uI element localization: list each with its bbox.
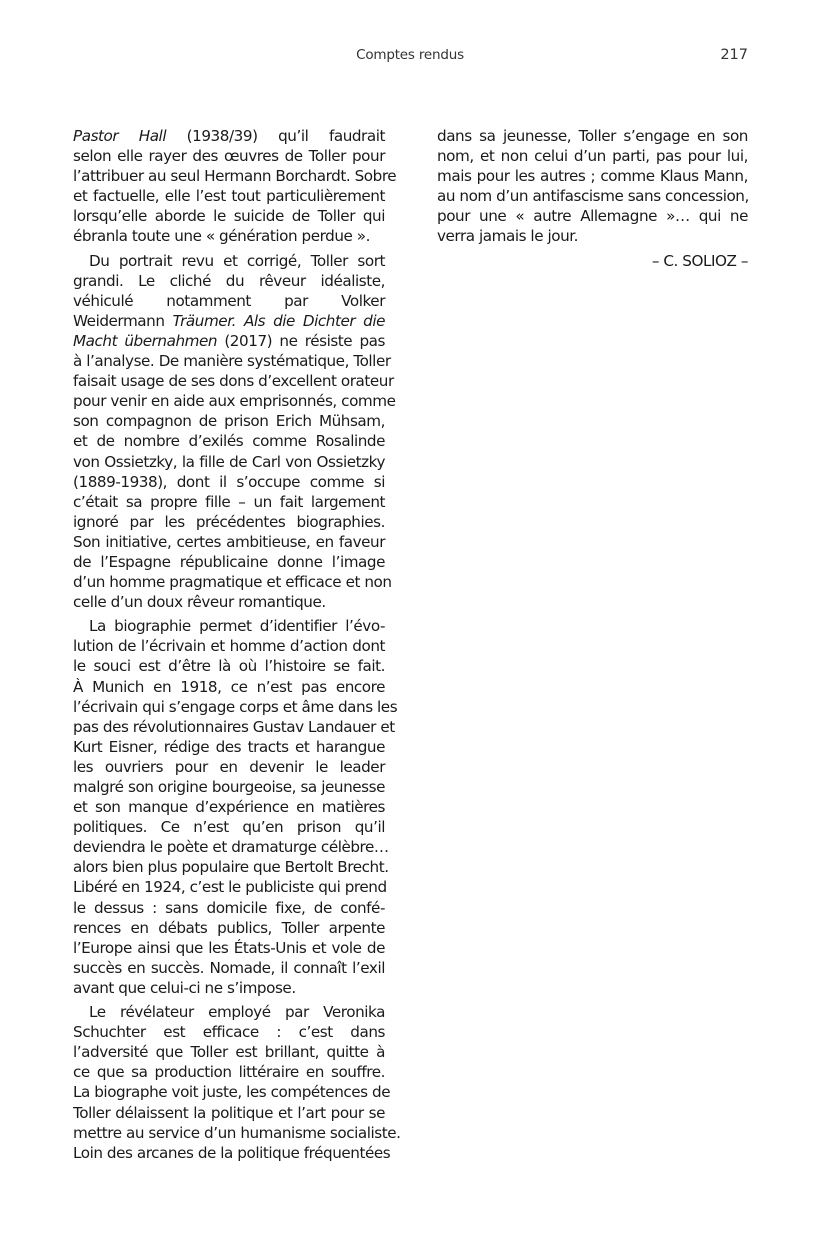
text-line: faisait usage de ses dons d’excellent or… (73, 371, 385, 391)
text-line: celle d’un doux rêveur romantique. (73, 592, 385, 612)
text-line: verra jamais le jour. (437, 226, 748, 246)
text-line: pour venir en aide aux emprisonnés, comm… (73, 391, 385, 411)
paragraph: Du portrait revu et corrigé, Toller sort… (73, 251, 385, 613)
text-line: malgré son origine bourgeoise, sa jeunes… (73, 777, 385, 797)
text-line: Son initiative, certes ambitieuse, en fa… (73, 532, 385, 552)
paragraph: dans sa jeunesse, Toller s’engage en son… (437, 126, 748, 247)
text-line: selon elle rayer des œuvres de Toller po… (73, 146, 385, 166)
italic-title: Träumer. Als die Dichter die (172, 312, 385, 330)
right-column: dans sa jeunesse, Toller s’engage en son… (437, 126, 748, 271)
text-line: La biographie permet d’identifier l’évo- (73, 616, 385, 636)
text-line: alors bien plus populaire que Bertolt Br… (73, 857, 385, 877)
text-line: Weidermann Träumer. Als die Dichter die (73, 311, 385, 331)
text-line: ce que sa production littéraire en souff… (73, 1062, 385, 1082)
paragraph: La biographie permet d’identifier l’évo-… (73, 616, 385, 998)
text-span: (2017) ne résiste pas (217, 332, 385, 350)
author-signature: – C. SOLIOZ – (437, 251, 748, 271)
text-line: de l’Espagne républicaine donne l’image (73, 552, 385, 572)
page-number: 217 (720, 47, 748, 63)
text-line: au nom d’un antifascisme sans concession… (437, 186, 748, 206)
text-line: (1889-1938), dont il s’occupe comme si (73, 472, 385, 492)
text-line: deviendra le poète et dramaturge célèbre… (73, 837, 385, 857)
text-line: le dessus : sans domicile fixe, de confé… (73, 898, 385, 918)
text-line: Macht übernahmen (2017) ne résiste pas (73, 331, 385, 351)
text-line: grandi. Le cliché du rêveur idéaliste, (73, 271, 385, 291)
text-line: avant que celui-ci ne s’impose. (73, 978, 385, 998)
text-line: rences en débats publics, Toller arpente (73, 918, 385, 938)
text-line: l’écrivain qui s’engage corps et âme dan… (73, 697, 385, 717)
text-line: Toller délaissent la politique et l’art … (73, 1103, 385, 1123)
italic-title: Macht übernahmen (73, 332, 217, 350)
paragraph: Le révélateur employé par Veronika Schuc… (73, 1002, 385, 1163)
text-line: d’un homme pragmatique et efficace et no… (73, 572, 385, 592)
paragraph: Pastor Hall (1938/39) qu’il faudrait sel… (73, 126, 385, 247)
text-line: ignoré par les précédentes biographies. (73, 512, 385, 532)
text-span: (1938/39) qu’il faudrait (166, 127, 385, 145)
text-line: dans sa jeunesse, Toller s’engage en son (437, 126, 748, 146)
text-line: lorsqu’elle aborde le suicide de Toller … (73, 206, 385, 226)
text-line: les ouvriers pour en devenir le leader (73, 757, 385, 777)
text-line: succès en succès. Nomade, il connaît l’e… (73, 958, 385, 978)
text-line: pas des révolutionnaires Gustav Landauer… (73, 717, 385, 737)
text-line: l’adversité que Toller est brillant, qui… (73, 1042, 385, 1062)
text-line: et factuelle, elle l’est tout particuliè… (73, 186, 385, 206)
text-line: politiques. Ce n’est qu’en prison qu’il (73, 817, 385, 837)
running-head: Comptes rendus 217 (0, 47, 820, 67)
text-line: Kurt Eisner, rédige des tracts et harang… (73, 737, 385, 757)
text-line: À Munich en 1918, ce n’est pas encore (73, 677, 385, 697)
text-line: Schuchter est efficace : c’est dans (73, 1022, 385, 1042)
text-line: Du portrait revu et corrigé, Toller sort (73, 251, 385, 271)
text-line: von Ossietzky, la fille de Carl von Ossi… (73, 452, 385, 472)
text-line: Le révélateur employé par Veronika (73, 1002, 385, 1022)
text-line: et de nombre d’exilés comme Rosalinde (73, 431, 385, 451)
italic-title: Pastor Hall (73, 127, 166, 145)
text-line: et son manque d’expérience en matières (73, 797, 385, 817)
text-span: Weidermann (73, 312, 172, 330)
text-line: mais pour les autres ; comme Klaus Mann, (437, 166, 748, 186)
text-line: c’était sa propre fille – un fait largem… (73, 492, 385, 512)
text-line: son compagnon de prison Erich Mühsam, (73, 411, 385, 431)
text-line: à l’analyse. De manière systématique, To… (73, 351, 385, 371)
text-line: ébranla toute une « génération perdue ». (73, 226, 385, 246)
text-line: l’attribuer au seul Hermann Borchardt. S… (73, 166, 385, 186)
text-line: mettre au service d’un humanisme sociali… (73, 1123, 385, 1143)
text-line: Pastor Hall (1938/39) qu’il faudrait (73, 126, 385, 146)
text-line: nom, et non celui d’un parti, pas pour l… (437, 146, 748, 166)
text-line: Libéré en 1924, c’est le publiciste qui … (73, 877, 385, 897)
text-line: le souci est d’être là où l’histoire se … (73, 656, 385, 676)
text-line: Loin des arcanes de la politique fréquen… (73, 1143, 385, 1163)
text-line: lution de l’écrivain et homme d’action d… (73, 636, 385, 656)
text-line: l’Europe ainsi que les États-Unis et vol… (73, 938, 385, 958)
left-column: Pastor Hall (1938/39) qu’il faudrait sel… (73, 126, 385, 1163)
text-line: La biographe voit juste, les compétences… (73, 1082, 385, 1102)
text-line: véhiculé notamment par Volker (73, 291, 385, 311)
running-head-title: Comptes rendus (0, 47, 820, 63)
text-line: pour une « autre Allemagne »… qui ne (437, 206, 748, 226)
